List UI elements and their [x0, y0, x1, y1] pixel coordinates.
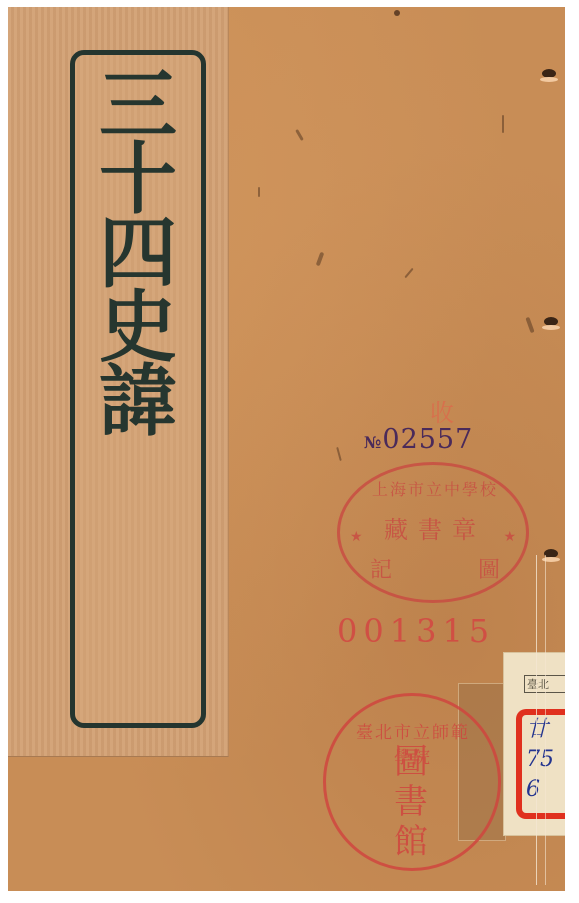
oval-library-stamp: 上海市立中學校 ★ ★ 藏書章 記 圖 — [337, 462, 529, 603]
book-cover: 三 十 四 史 諱 收 №02557 上海市立中學校 ★ ★ 藏書章 記 圖 0… — [8, 7, 565, 891]
oval-stamp-center-text: 藏書章 — [380, 510, 490, 545]
title-char: 四 — [99, 217, 177, 291]
round-stamp-char: 館 — [394, 822, 428, 862]
paper-fiber — [502, 115, 504, 133]
paper-fiber — [316, 252, 325, 267]
title-char: 三 — [99, 69, 177, 143]
binding-hole — [542, 69, 556, 78]
oval-stamp-bottom-left: 記 — [370, 553, 392, 584]
round-library-stamp: 臺北市立師範學院 圖 書 館 — [323, 693, 501, 871]
paper-fiber — [525, 317, 534, 333]
binding-hole — [544, 549, 558, 558]
oval-stamp-bottom-right: 圖 — [478, 553, 500, 584]
binding-thread — [536, 555, 546, 885]
binding-hole — [544, 317, 558, 326]
oval-stamp-arc-text: 上海市立中學校 — [360, 477, 510, 500]
paper-fiber — [336, 447, 342, 461]
number-sign: № — [364, 433, 382, 452]
book-title: 三 十 四 史 諱 — [75, 69, 201, 439]
received-mark: 收 — [430, 393, 454, 428]
paper-fiber — [394, 10, 400, 16]
round-stamp-char: 圖 — [394, 742, 428, 782]
star-icon: ★ — [503, 529, 516, 545]
round-stamp-center-text: 圖 書 館 — [391, 742, 431, 862]
star-icon: ★ — [350, 529, 363, 545]
title-label-panel: 三 十 四 史 諱 — [8, 7, 229, 757]
round-stamp-char: 書 — [394, 782, 428, 822]
paper-fiber — [295, 129, 304, 141]
title-char: 諱 — [99, 365, 177, 439]
accession-number-stamp: №02557 — [364, 424, 473, 455]
call-number-sticker: 臺北 廿 75 6 — [503, 652, 565, 836]
accession-number: 02557 — [382, 424, 473, 455]
title-char: 史 — [99, 291, 177, 365]
serial-number: 001315 — [337, 612, 495, 650]
title-char: 十 — [99, 143, 177, 217]
paper-fiber — [404, 268, 413, 278]
title-box: 三 十 四 史 諱 — [70, 50, 206, 728]
oval-stamp-bottom: 記 圖 — [370, 553, 500, 584]
paper-fiber — [258, 187, 260, 197]
